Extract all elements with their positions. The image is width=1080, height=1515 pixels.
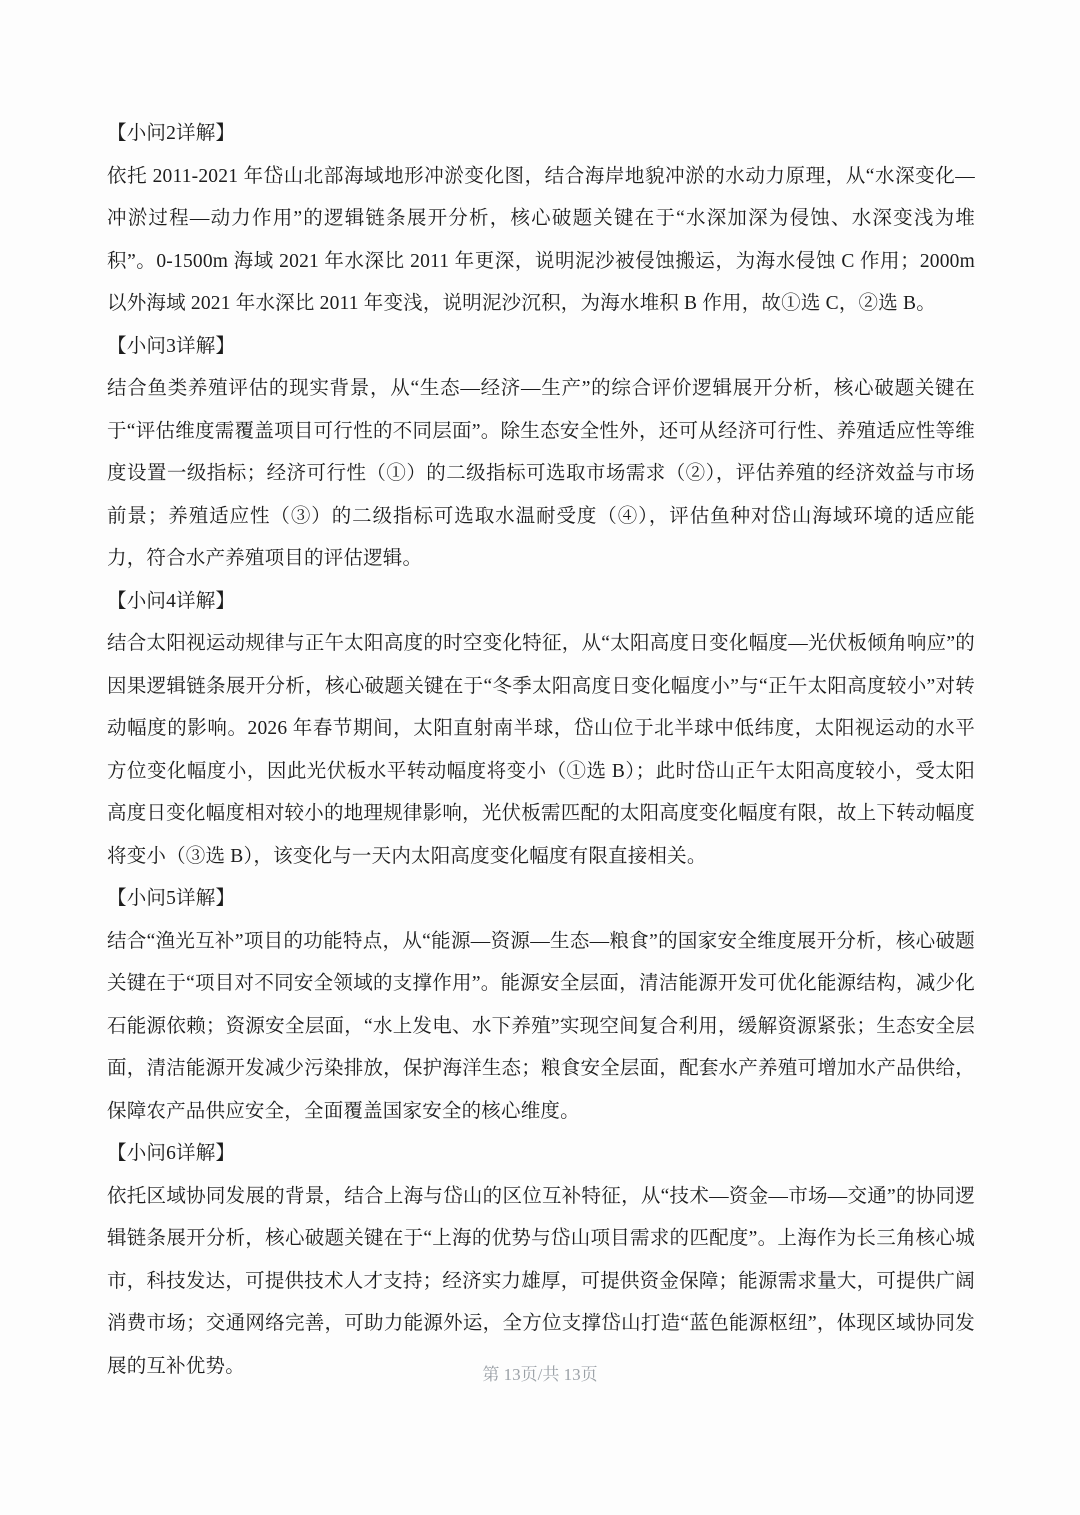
subquestion-5-heading: 【小问5详解】 <box>107 878 975 921</box>
section-subquestion-6: 【小问6详解】 依托区域协同发展的背景，结合上海与岱山的区位互补特征，从“技术—… <box>107 1133 975 1388</box>
subquestion-4-heading: 【小问4详解】 <box>107 581 975 624</box>
document-page: 【小问2详解】 依托 2011-2021 年岱山北部海域地形冲淤变化图，结合海岸… <box>0 0 1080 1515</box>
section-subquestion-4: 【小问4详解】 结合太阳视运动规律与正午太阳高度的时空变化特征，从“太阳高度日变… <box>107 581 975 879</box>
subquestion-4-body: 结合太阳视运动规律与正午太阳高度的时空变化特征，从“太阳高度日变化幅度—光伏板倾… <box>107 623 975 878</box>
section-subquestion-2: 【小问2详解】 依托 2011-2021 年岱山北部海域地形冲淤变化图，结合海岸… <box>107 113 975 326</box>
subquestion-3-heading: 【小问3详解】 <box>107 326 975 369</box>
subquestion-6-body: 依托区域协同发展的背景，结合上海与岱山的区位互补特征，从“技术—资金—市场—交通… <box>107 1176 975 1389</box>
section-subquestion-5: 【小问5详解】 结合“渔光互补”项目的功能特点，从“能源—资源—生态—粮食”的国… <box>107 878 975 1133</box>
document-content: 【小问2详解】 依托 2011-2021 年岱山北部海域地形冲淤变化图，结合海岸… <box>107 113 975 1388</box>
section-subquestion-3: 【小问3详解】 结合鱼类养殖评估的现实背景，从“生态—经济—生产”的综合评价逻辑… <box>107 326 975 581</box>
subquestion-2-heading: 【小问2详解】 <box>107 113 975 156</box>
subquestion-2-body: 依托 2011-2021 年岱山北部海域地形冲淤变化图，结合海岸地貌冲淤的水动力… <box>107 156 975 326</box>
subquestion-6-heading: 【小问6详解】 <box>107 1133 975 1176</box>
subquestion-3-body: 结合鱼类养殖评估的现实背景，从“生态—经济—生产”的综合评价逻辑展开分析，核心破… <box>107 368 975 581</box>
page-footer: 第 13页/共 13页 <box>0 1360 1080 1390</box>
page-number-label: 第 13页/共 13页 <box>482 1365 597 1384</box>
subquestion-5-body: 结合“渔光互补”项目的功能特点，从“能源—资源—生态—粮食”的国家安全维度展开分… <box>107 921 975 1134</box>
